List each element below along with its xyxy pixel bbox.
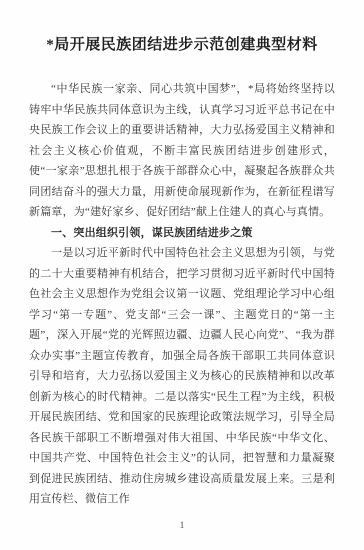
paragraph-intro: “中华民族一家亲、同心共筑中国梦”，*局将始终坚持以铸牢中华民族共同体意识为主线… [29,79,335,223]
document-body: “中华民族一家亲、同心共筑中国梦”，*局将始终坚持以铸牢中华民族共同体意识为主线… [29,79,335,510]
document-title: *局开展民族团结进步示范创建典型材料 [29,34,335,56]
section-heading-1: 一、突出组织引领，谋民族团结进步之策 [29,223,335,244]
page-number: 1 [0,520,364,530]
document-page: *局开展民族团结进步示范创建典型材料 “中华民族一家亲、同心共筑中国梦”，*局将… [0,0,364,550]
paragraph-section-1: 一是以习近平新时代中国特色社会主义思想为引领，与党的二十大重要精神有机结合，把学… [29,243,335,510]
